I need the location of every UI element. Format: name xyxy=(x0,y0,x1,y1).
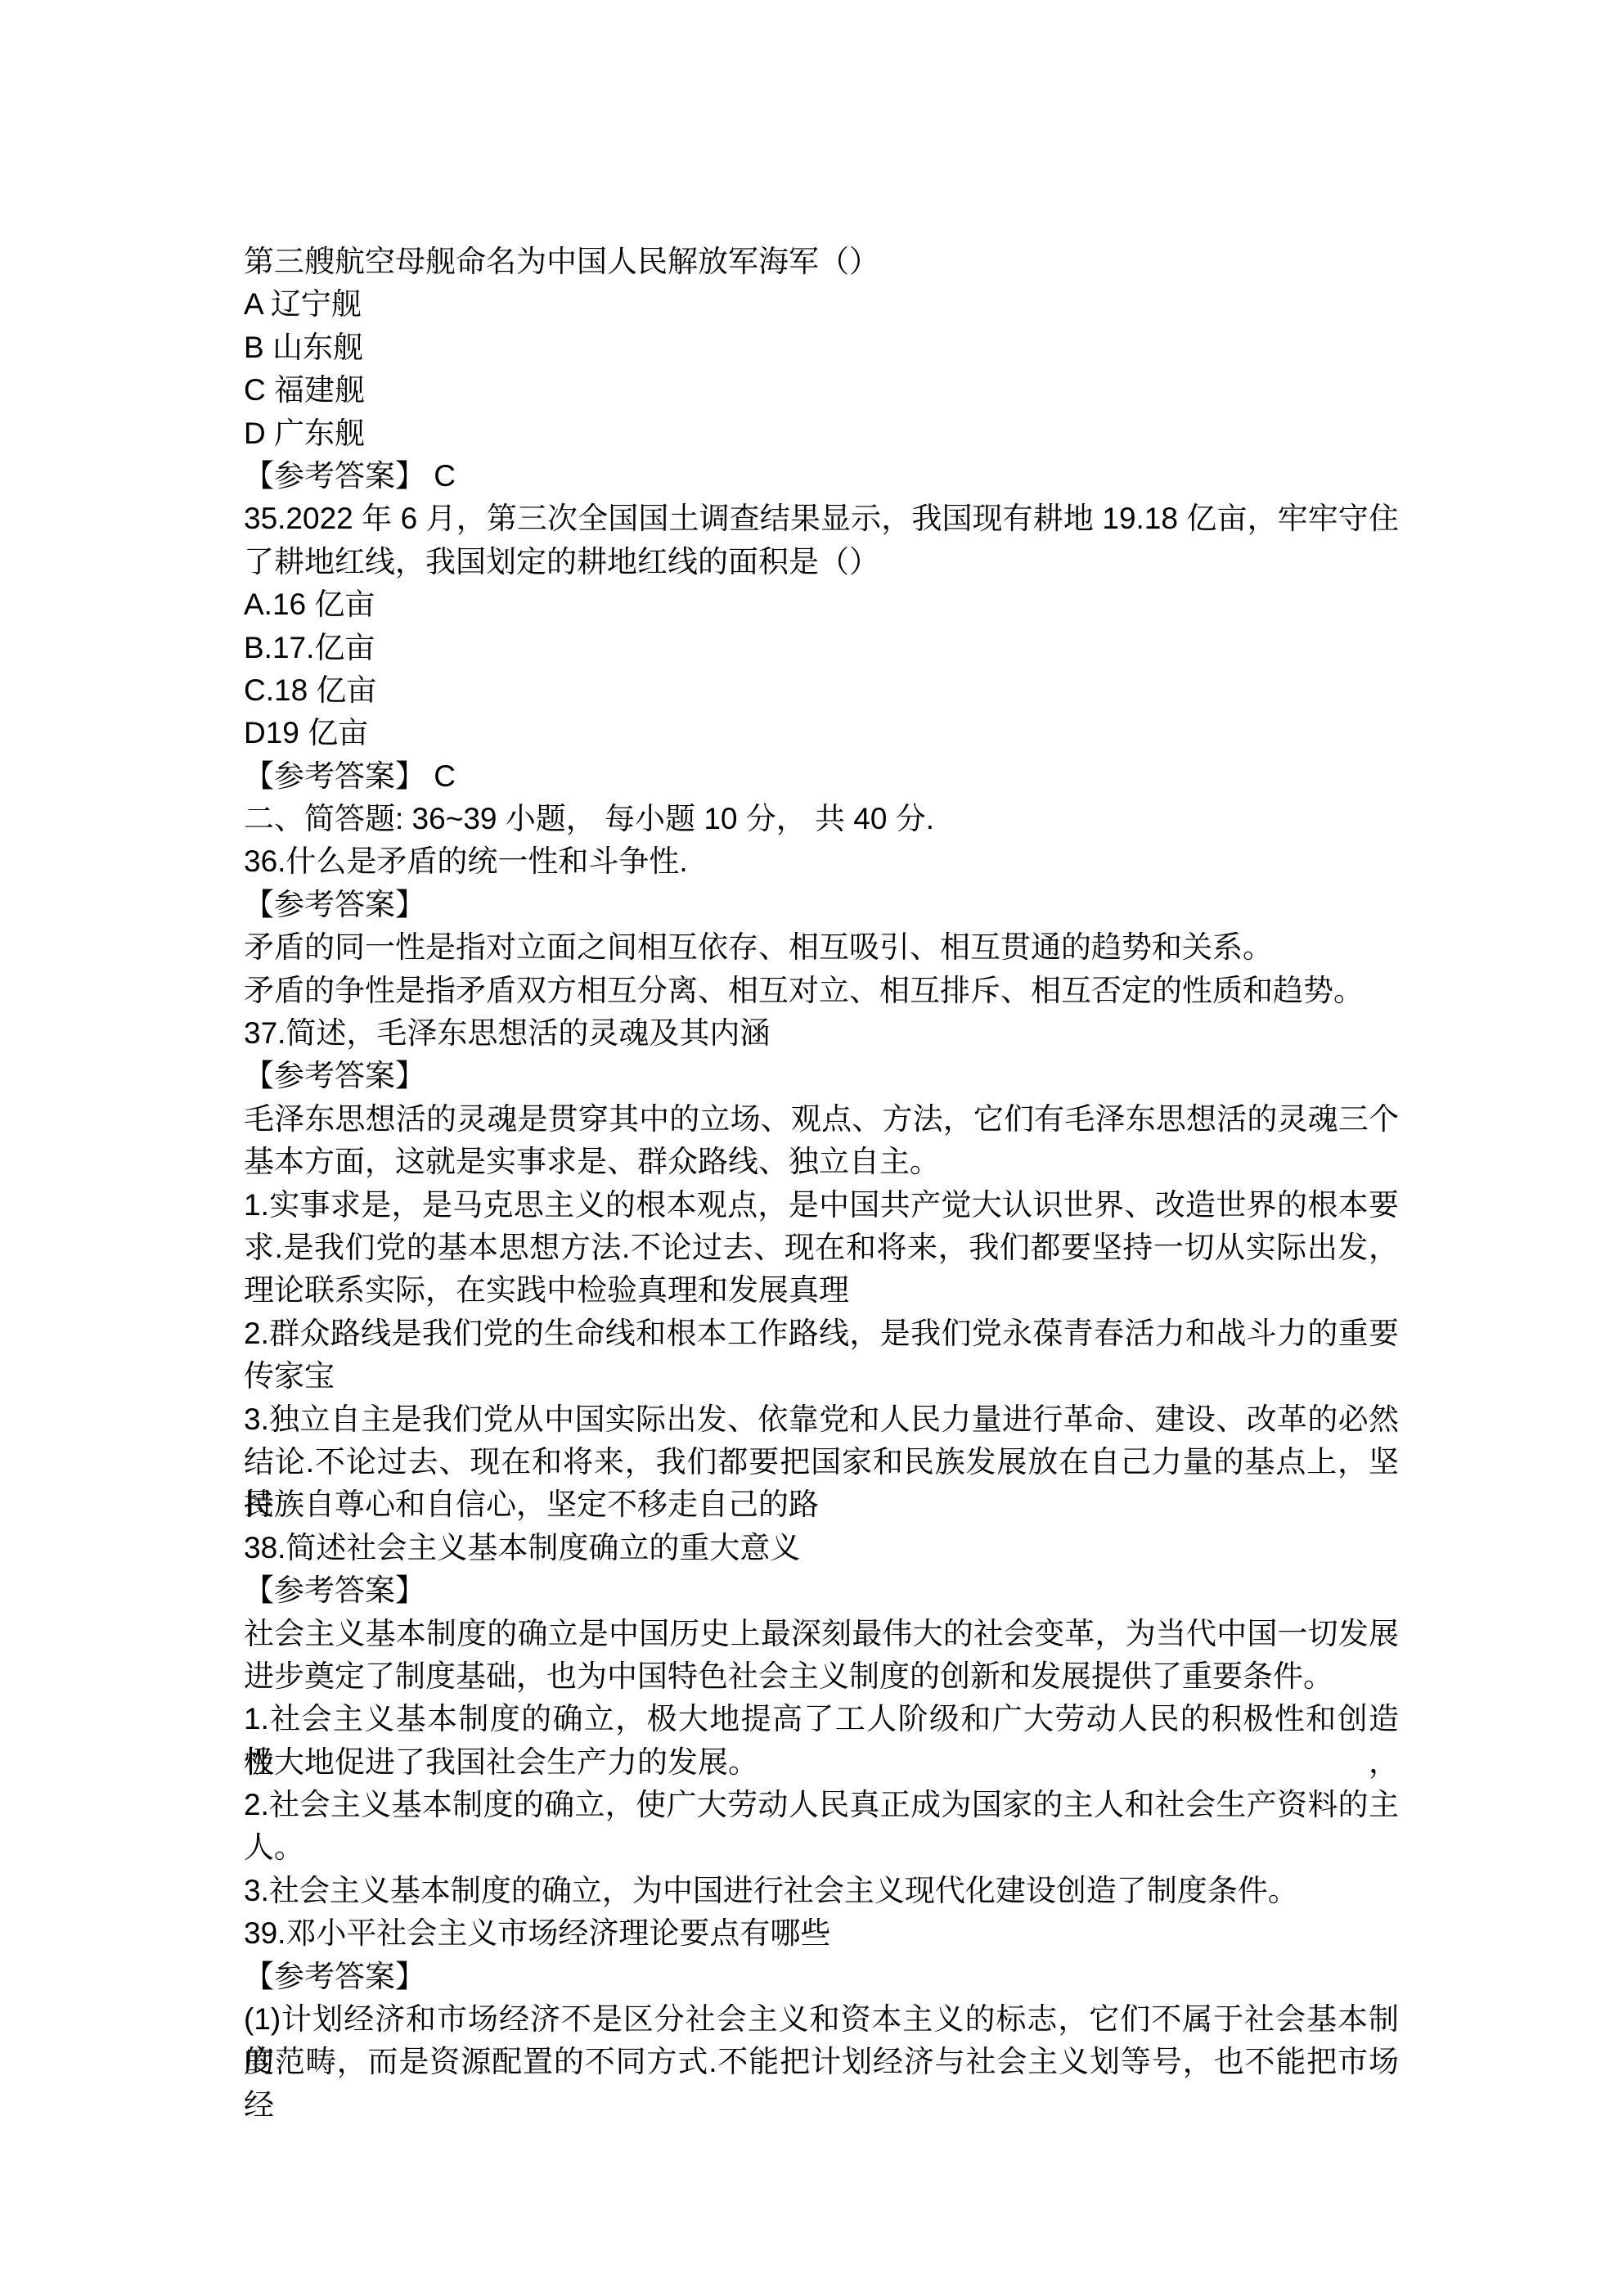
text-line: B 山东舰 xyxy=(244,326,1399,369)
text-line: 矛盾的同一性是指对立面之间相互依存、相互吸引、相互贯通的趋势和关系。 xyxy=(244,926,1399,969)
text-line: 【参考答案】 xyxy=(244,1956,1399,1998)
text-line: 36.什么是矛盾的统一性和斗争性. xyxy=(244,840,1399,883)
text-line: 社会主义基本制度的确立是中国历史上最深刻最伟大的社会变革，为当代中国一切发展 xyxy=(244,1613,1399,1655)
document-body: 第三艘航空母舰命名为中国人民解放军海军（）A 辽宁舰B 山东舰C 福建舰D 广东… xyxy=(244,241,1399,2084)
text-line: 1.实事求是，是马克思主义的根本观点，是中国共产觉大认识世界、改造世界的根本要 xyxy=(244,1184,1399,1227)
text-line: 2.群众路线是我们党的生命线和根本工作路线，是我们党永葆青春活力和战斗力的重要 xyxy=(244,1312,1399,1355)
text-line: 2.社会主义基本制度的确立，使广大劳动人民真正成为国家的主人和社会生产资料的主 xyxy=(244,1784,1399,1826)
text-line: 了耕地红线，我国划定的耕地红线的面积是（） xyxy=(244,541,1399,583)
text-line: 1.社会主义基本制度的确立，极大地提高了工人阶级和广大劳动人民的积极性和创造性， xyxy=(244,1698,1399,1740)
text-line: 38.简述社会主义基本制度确立的重大意义 xyxy=(244,1527,1399,1569)
text-line: 进步奠定了制度基础，也为中国特色社会主义制度的创新和发展提供了重要条件。 xyxy=(244,1655,1399,1698)
text-line: 【参考答案】 C xyxy=(244,755,1399,798)
text-line: 第三艘航空母舰命名为中国人民解放军海军（） xyxy=(244,241,1399,283)
page: { "page": { "background_color": "#ffffff… xyxy=(0,0,1623,2296)
text-line: B.17.亿亩 xyxy=(244,627,1399,669)
text-line: D19 亿亩 xyxy=(244,712,1399,754)
text-line: C.18 亿亩 xyxy=(244,669,1399,712)
text-line: D 广东舰 xyxy=(244,412,1399,455)
text-line: 毛泽东思想活的灵魂是贯穿其中的立场、观点、方法，它们有毛泽东思想活的灵魂三个 xyxy=(244,1098,1399,1141)
text-line: 【参考答案】 xyxy=(244,1055,1399,1097)
text-line: 基本方面，这就是实事求是、群众路线、独立自主。 xyxy=(244,1141,1399,1183)
text-line: 矛盾的争性是指矛盾双方相互分离、相互对立、相互排斥、相互否定的性质和趋势。 xyxy=(244,970,1399,1012)
text-line: 39.邓小平社会主义市场经济理论要点有哪些 xyxy=(244,1912,1399,1955)
text-line: 37.简述，毛泽东思想活的灵魂及其内涵 xyxy=(244,1012,1399,1055)
text-line: C 福建舰 xyxy=(244,369,1399,412)
text-line: 二、简答题: 36~39 小题， 每小题 10 分， 共 40 分. xyxy=(244,798,1399,840)
text-line: A 辽宁舰 xyxy=(244,283,1399,326)
text-line: 民族自尊心和自信心，坚定不移走自己的路 xyxy=(244,1483,1399,1526)
text-line: 【参考答案】 C xyxy=(244,455,1399,497)
text-line: 35.2022 年 6 月，第三次全国国土调查结果显示，我国现有耕地 19.18… xyxy=(244,497,1399,540)
text-line: 结论.不论过去、现在和将来，我们都要把国家和民族发展放在自己力量的基点上，坚持 xyxy=(244,1441,1399,1483)
text-line: 【参考答案】 xyxy=(244,1569,1399,1612)
text-line: 求.是我们党的基本思想方法.不论过去、现在和将来，我们都要坚持一切从实际出发， xyxy=(244,1227,1399,1269)
text-line: 理论联系实际，在实践中检验真理和发展真理 xyxy=(244,1269,1399,1312)
text-line: (1)计划经济和市场经济不是区分社会主义和资本主义的标志，它们不属于社会基本制度 xyxy=(244,1998,1399,2041)
text-line: 3.独立自主是我们党从中国实际出发、依靠党和人民力量进行革命、建设、改革的必然 xyxy=(244,1398,1399,1441)
text-line: 【参考答案】 xyxy=(244,884,1399,926)
text-line: 3.社会主义基本制度的确立，为中国进行社会主义现代化建设创造了制度条件。 xyxy=(244,1870,1399,1912)
text-line: 人。 xyxy=(244,1826,1399,1869)
text-line: 传家宝 xyxy=(244,1355,1399,1398)
text-line: 的范畴，而是资源配置的不同方式.不能把计划经济与社会主义划等号，也不能把市场经 xyxy=(244,2041,1399,2083)
text-line: A.16 亿亩 xyxy=(244,583,1399,626)
